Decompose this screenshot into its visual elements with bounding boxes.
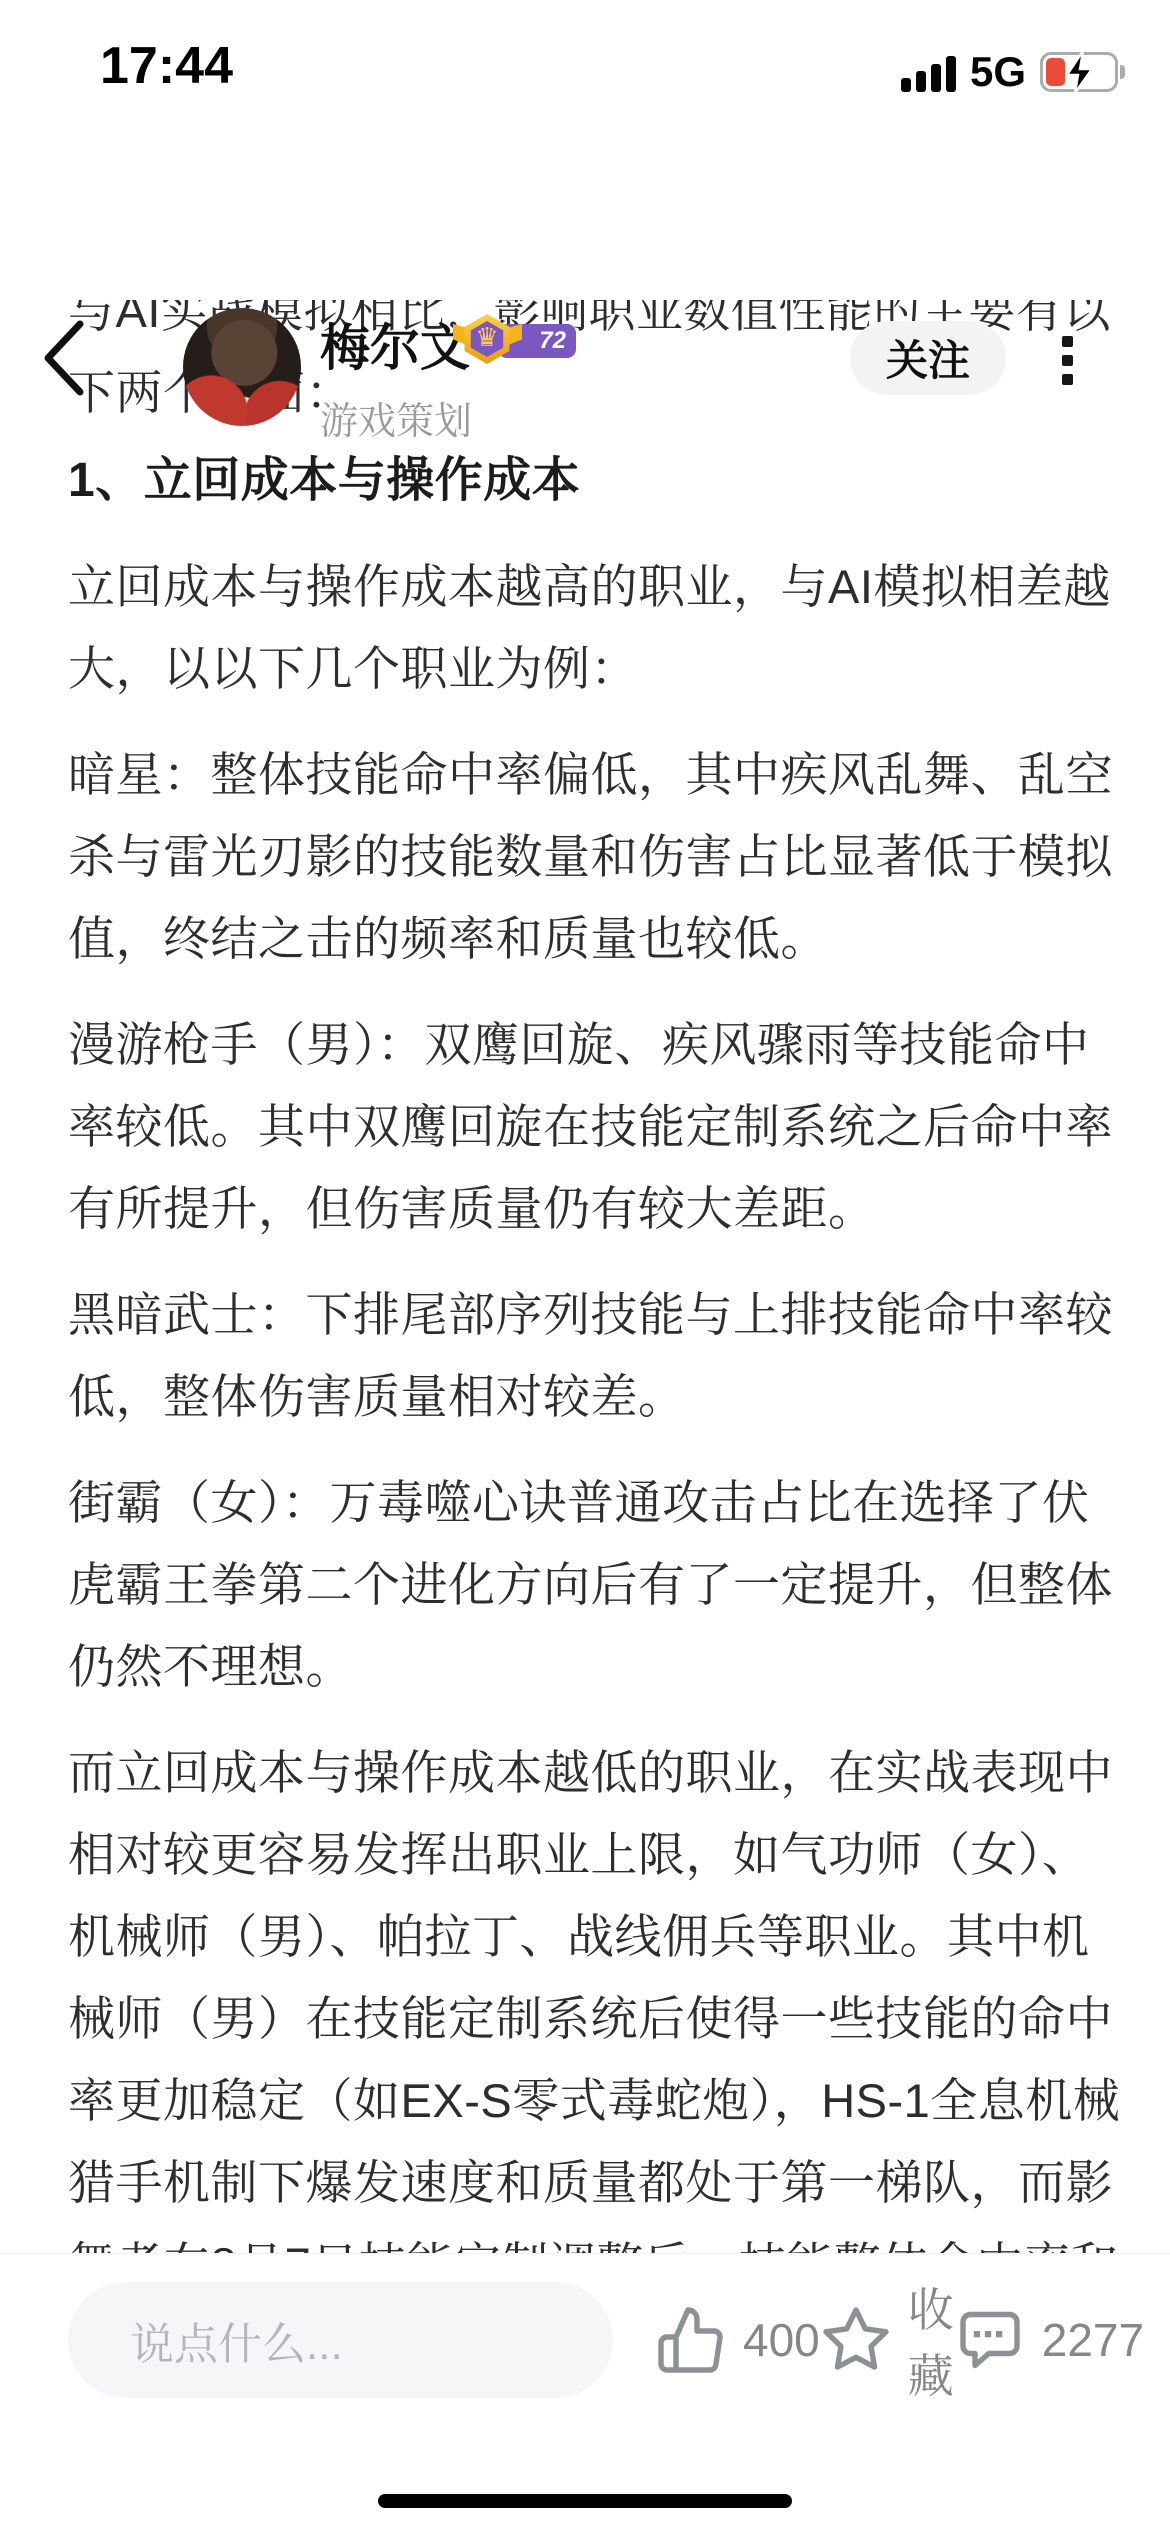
post-heading: 1、立回成本与操作成本	[68, 440, 1110, 522]
status-icons: 5G	[901, 48, 1118, 96]
post-line: 率较低。其中双鹰回旋在技能定制系统之后命中率	[68, 1086, 1110, 1168]
follow-button[interactable]: 关注	[850, 321, 1006, 395]
favorite-button[interactable]: 收藏	[820, 2274, 954, 2406]
favorite-label: 收藏	[908, 2274, 954, 2406]
home-indicator[interactable]	[378, 2494, 792, 2508]
post-line: 猎手机制下爆发速度和质量都处于第一梯队，而影	[68, 2142, 1110, 2224]
post-line: 相对较更容易发挥出职业上限，如气功师（女）、	[68, 1814, 1110, 1896]
post-body: 与AI实战模拟相比，影响职业数值性能的主要有以下两个方面：1、立回成本与操作成本…	[68, 270, 1110, 2306]
user-row: 梅尔文 72 ♛ 游戏策划 关注	[0, 140, 1170, 300]
status-bar: 17:44 5G	[0, 0, 1170, 110]
level-badge: 72 ♛	[462, 314, 572, 364]
lightning-bolt-icon	[1056, 48, 1104, 96]
back-button[interactable]	[38, 318, 88, 398]
post-line: 虎霸王拳第二个进化方向后有了一定提升，但整体	[68, 1544, 1110, 1626]
like-count: 400	[743, 2313, 820, 2367]
more-menu-button[interactable]	[1062, 336, 1074, 393]
comment-bubble-icon	[954, 2304, 1026, 2376]
post-line: 率更加稳定（如EX-S零式毒蛇炮），HS-1全息机械	[68, 2060, 1110, 2142]
network-type-label: 5G	[970, 48, 1026, 96]
avatar[interactable]	[183, 308, 301, 426]
crown-icon: ♛	[462, 319, 512, 355]
bottom-bar: 说点什么... 400 收藏 2	[0, 2253, 1170, 2532]
post-line: 机械师（男）、帕拉丁、战线佣兵等职业。其中机	[68, 1896, 1110, 1978]
battery-charging-icon	[1040, 52, 1118, 92]
post-line: 低，整体伤害质量相对较差。	[68, 1356, 1110, 1438]
post-line: 有所提升，但伤害质量仍有较大差距。	[68, 1168, 1110, 1250]
app-screen: 与AI实战模拟相比，影响职业数值性能的主要有以下两个方面：1、立回成本与操作成本…	[0, 0, 1170, 2532]
post-line: 械师（男）在技能定制系统后使得一些技能的命中	[68, 1978, 1110, 2060]
post-line: 大，以以下几个职业为例：	[68, 628, 1110, 710]
post-line: 杀与雷光刃影的技能数量和伤害占比显著低于模拟	[68, 816, 1110, 898]
post-line: 而立回成本与操作成本越低的职业，在实战表现中	[68, 1732, 1110, 1814]
post-line: 黑暗武士：下排尾部序列技能与上排技能命中率较	[68, 1274, 1110, 1356]
user-subtitle: 游戏策划	[320, 390, 472, 445]
post-line: 立回成本与操作成本越高的职业，与AI模拟相差越	[68, 546, 1110, 628]
username[interactable]: 梅尔文	[320, 308, 470, 380]
post-line: 漫游枪手（男）：双鹰回旋、疾风骤雨等技能命中	[68, 1004, 1110, 1086]
post-line: 值，终结之击的频率和质量也较低。	[68, 898, 1110, 980]
post-line: 暗星：整体技能命中率偏低，其中疾风乱舞、乱空	[68, 734, 1110, 816]
comment-input[interactable]: 说点什么...	[68, 2282, 613, 2398]
comments-button[interactable]: 2277	[954, 2304, 1144, 2376]
post-line: 街霸（女）：万毒噬心诀普通攻击占比在选择了伏	[68, 1462, 1110, 1544]
post-line: 仍然不理想。	[68, 1626, 1110, 1708]
header: 17:44 5G 梅尔文	[0, 0, 1170, 300]
thumbs-up-icon	[655, 2304, 727, 2376]
like-button[interactable]: 400	[655, 2304, 820, 2376]
comment-count: 2277	[1042, 2313, 1144, 2367]
signal-icon	[901, 52, 956, 92]
star-icon	[820, 2304, 892, 2376]
status-time: 17:44	[100, 36, 233, 96]
action-bar: 400 收藏 2277	[655, 2282, 1108, 2398]
